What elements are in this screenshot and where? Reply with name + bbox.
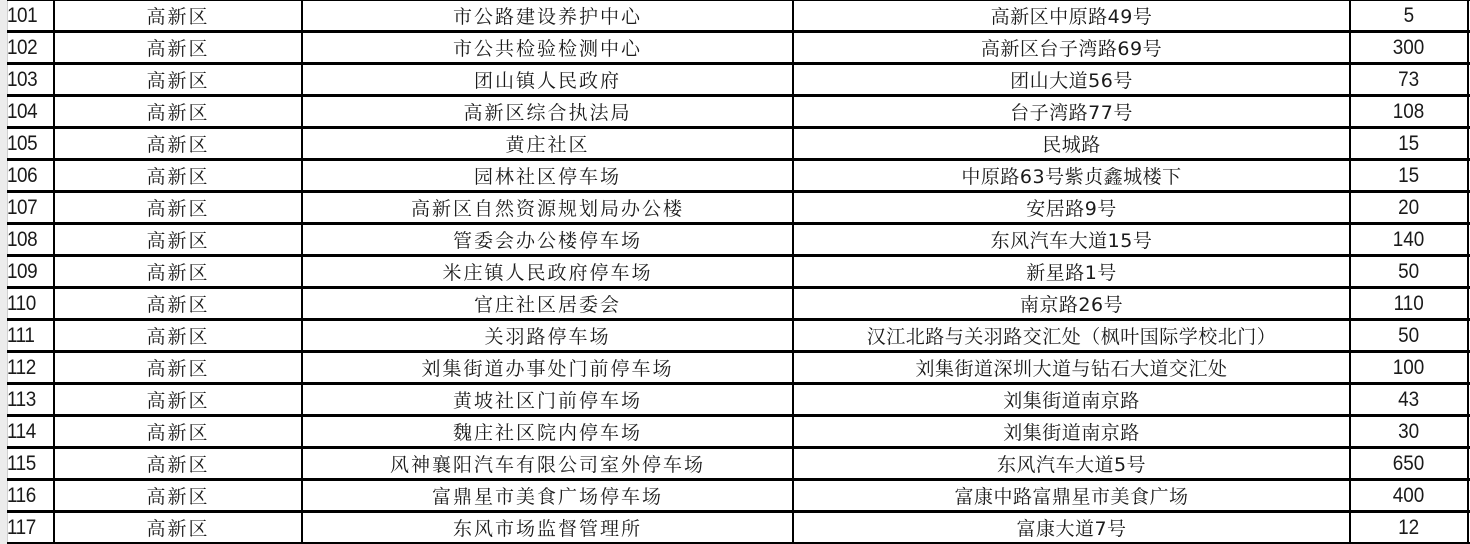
cell-address[interactable]: 刘集街道南京路 <box>793 416 1350 448</box>
parking-count-value: 20 <box>1398 196 1419 220</box>
cell-address[interactable]: 富康大道7号 <box>793 512 1350 544</box>
table-row: 110 高新区 官庄社区居委会 南京路26号 110 <box>7 288 1470 320</box>
table-row: 108 高新区 管委会办公楼停车场 东风汽车大道15号 140 <box>7 224 1470 256</box>
cell-district[interactable]: 高新区 <box>54 288 302 320</box>
cell-parking-count[interactable]: 15 <box>1350 128 1468 160</box>
cell-parking-count[interactable]: 400 <box>1350 480 1468 512</box>
cell-district[interactable]: 高新区 <box>54 160 302 192</box>
parking-count-value: 15 <box>1398 132 1419 156</box>
table-row: 109 高新区 米庄镇人民政府停车场 新星路1号 50 <box>7 256 1470 288</box>
table-row: 107 高新区 高新区自然资源规划局办公楼 安居路9号 20 <box>7 192 1470 224</box>
table-row: 115 高新区 风神襄阳汽车有限公司室外停车场 东风汽车大道5号 650 <box>7 448 1470 480</box>
cell-serial-number[interactable]: 107 <box>7 192 49 224</box>
cell-district[interactable]: 高新区 <box>54 32 302 64</box>
parking-count-value: 108 <box>1393 100 1425 124</box>
cell-location-name[interactable]: 黄坡社区门前停车场 <box>302 384 793 416</box>
table-row: 103 高新区 团山镇人民政府 团山大道56号 73 <box>7 64 1470 96</box>
table-row: 105 高新区 黄庄社区 民城路 15 <box>7 128 1470 160</box>
cell-parking-count[interactable]: 100 <box>1350 352 1468 384</box>
cell-location-name[interactable]: 官庄社区居委会 <box>302 288 793 320</box>
cell-serial-number[interactable]: 105 <box>7 128 49 160</box>
cell-parking-count[interactable]: 300 <box>1350 32 1468 64</box>
cell-location-name[interactable]: 风神襄阳汽车有限公司室外停车场 <box>302 448 793 480</box>
cell-parking-count[interactable]: 15 <box>1350 160 1468 192</box>
table-row: 101 高新区 市公路建设养护中心 高新区中原路49号 5 <box>7 0 1470 32</box>
cell-address[interactable]: 南京路26号 <box>793 288 1350 320</box>
cell-location-name[interactable]: 管委会办公楼停车场 <box>302 224 793 256</box>
cell-location-name[interactable]: 米庄镇人民政府停车场 <box>302 256 793 288</box>
cell-district[interactable]: 高新区 <box>54 384 302 416</box>
parking-count-value: 30 <box>1398 420 1419 444</box>
cell-location-name[interactable]: 市公共检验检测中心 <box>302 32 793 64</box>
cell-address[interactable]: 新星路1号 <box>793 256 1350 288</box>
cell-serial-number[interactable]: 103 <box>7 64 49 96</box>
cell-district[interactable]: 高新区 <box>54 224 302 256</box>
cell-address[interactable]: 高新区中原路49号 <box>793 0 1350 32</box>
cell-district[interactable]: 高新区 <box>54 256 302 288</box>
cell-location-name[interactable]: 高新区综合执法局 <box>302 96 793 128</box>
cell-district[interactable]: 高新区 <box>54 128 302 160</box>
cell-parking-count[interactable]: 30 <box>1350 416 1468 448</box>
cell-location-name[interactable]: 富鼎星市美食广场停车场 <box>302 480 793 512</box>
parking-count-value: 5 <box>1404 4 1415 28</box>
cell-district[interactable]: 高新区 <box>54 448 302 480</box>
cell-district[interactable]: 高新区 <box>54 416 302 448</box>
cell-address[interactable]: 高新区台子湾路69号 <box>793 32 1350 64</box>
parking-count-value: 110 <box>1394 292 1424 316</box>
cell-district[interactable]: 高新区 <box>54 96 302 128</box>
table-row: 113 高新区 黄坡社区门前停车场 刘集街道南京路 43 <box>7 384 1470 416</box>
cell-serial-number[interactable]: 115 <box>7 448 49 480</box>
parking-count-value: 400 <box>1393 484 1425 508</box>
parking-count-value: 12 <box>1398 516 1419 540</box>
cell-district[interactable]: 高新区 <box>54 480 302 512</box>
cell-location-name[interactable]: 团山镇人民政府 <box>302 64 793 96</box>
parking-lot-table: 101 高新区 市公路建设养护中心 高新区中原路49号 5 102 高新区 市公… <box>7 0 1470 544</box>
table-row: 114 高新区 魏庄社区院内停车场 刘集街道南京路 30 <box>7 416 1470 448</box>
parking-count-value: 43 <box>1398 388 1419 412</box>
cell-serial-number[interactable]: 111 <box>7 320 49 352</box>
cell-address[interactable]: 团山大道56号 <box>793 64 1350 96</box>
cell-serial-number[interactable]: 104 <box>7 96 49 128</box>
cell-address[interactable]: 东风汽车大道5号 <box>793 448 1350 480</box>
cell-parking-count[interactable]: 73 <box>1350 64 1468 96</box>
table-row: 104 高新区 高新区综合执法局 台子湾路77号 108 <box>7 96 1470 128</box>
cell-location-name[interactable]: 东风市场监督管理所 <box>302 512 793 544</box>
cell-parking-count[interactable]: 108 <box>1350 96 1468 128</box>
parking-count-value: 73 <box>1398 68 1419 92</box>
cell-parking-count[interactable]: 20 <box>1350 192 1468 224</box>
cell-parking-count[interactable]: 50 <box>1350 256 1468 288</box>
cell-serial-number[interactable]: 116 <box>7 480 49 512</box>
cell-serial-number[interactable]: 114 <box>7 416 49 448</box>
parking-count-value: 50 <box>1398 324 1419 348</box>
cell-parking-count[interactable]: 140 <box>1350 224 1468 256</box>
cell-district[interactable]: 高新区 <box>54 64 302 96</box>
cell-address[interactable]: 东风汽车大道15号 <box>793 224 1350 256</box>
cell-serial-number[interactable]: 102 <box>7 32 49 64</box>
cell-serial-number[interactable]: 117 <box>7 512 49 544</box>
cell-parking-count[interactable]: 12 <box>1350 512 1468 544</box>
table-row: 102 高新区 市公共检验检测中心 高新区台子湾路69号 300 <box>7 32 1470 64</box>
cell-address[interactable]: 台子湾路77号 <box>793 96 1350 128</box>
cell-district[interactable]: 高新区 <box>54 0 302 32</box>
table-row: 117 高新区 东风市场监督管理所 富康大道7号 12 <box>7 512 1470 544</box>
cell-address[interactable]: 刘集街道深圳大道与钻石大道交汇处 <box>793 352 1350 384</box>
cell-address[interactable]: 中原路63号紫贞鑫城楼下 <box>793 160 1350 192</box>
cell-address[interactable]: 安居路9号 <box>793 192 1350 224</box>
cell-address[interactable]: 汉江北路与关羽路交汇处（枫叶国际学校北门） <box>793 320 1350 352</box>
cell-address[interactable]: 富康中路富鼎星市美食广场 <box>793 480 1350 512</box>
cell-parking-count[interactable]: 650 <box>1350 448 1468 480</box>
parking-count-value: 15 <box>1398 164 1419 188</box>
table-row: 116 高新区 富鼎星市美食广场停车场 富康中路富鼎星市美食广场 400 <box>7 480 1470 512</box>
table-row: 112 高新区 刘集街道办事处门前停车场 刘集街道深圳大道与钻石大道交汇处 10… <box>7 352 1470 384</box>
cell-location-name[interactable]: 关羽路停车场 <box>302 320 793 352</box>
cell-serial-number[interactable]: 106 <box>7 160 49 192</box>
cell-location-name[interactable]: 刘集街道办事处门前停车场 <box>302 352 793 384</box>
table-row: 106 高新区 园林社区停车场 中原路63号紫贞鑫城楼下 15 <box>7 160 1470 192</box>
cell-parking-count[interactable]: 5 <box>1350 0 1468 32</box>
parking-count-value: 50 <box>1398 260 1419 284</box>
parking-count-value: 140 <box>1393 228 1425 252</box>
parking-count-value: 650 <box>1393 452 1425 476</box>
table-row: 111 高新区 关羽路停车场 汉江北路与关羽路交汇处（枫叶国际学校北门） 50 <box>7 320 1470 352</box>
cell-serial-number[interactable]: 108 <box>7 224 49 256</box>
cell-serial-number[interactable]: 113 <box>7 384 49 416</box>
cell-serial-number[interactable]: 112 <box>7 352 49 384</box>
cell-address[interactable]: 民城路 <box>793 128 1350 160</box>
cell-location-name[interactable]: 魏庄社区院内停车场 <box>302 416 793 448</box>
cell-serial-number[interactable]: 110 <box>7 288 49 320</box>
cell-parking-count[interactable]: 43 <box>1350 384 1468 416</box>
cell-parking-count[interactable]: 50 <box>1350 320 1468 352</box>
cell-serial-number[interactable]: 109 <box>7 256 49 288</box>
cell-location-name[interactable]: 市公路建设养护中心 <box>302 0 793 32</box>
cell-serial-number[interactable]: 101 <box>7 0 49 32</box>
cell-location-name[interactable]: 园林社区停车场 <box>302 160 793 192</box>
cell-district[interactable]: 高新区 <box>54 352 302 384</box>
cell-location-name[interactable]: 黄庄社区 <box>302 128 793 160</box>
cell-parking-count[interactable]: 110 <box>1350 288 1468 320</box>
cell-district[interactable]: 高新区 <box>54 192 302 224</box>
cell-address[interactable]: 刘集街道南京路 <box>793 384 1350 416</box>
parking-count-value: 100 <box>1393 356 1425 380</box>
cell-district[interactable]: 高新区 <box>54 320 302 352</box>
cell-district[interactable]: 高新区 <box>54 512 302 544</box>
cell-location-name[interactable]: 高新区自然资源规划局办公楼 <box>302 192 793 224</box>
parking-count-value: 300 <box>1393 36 1425 60</box>
